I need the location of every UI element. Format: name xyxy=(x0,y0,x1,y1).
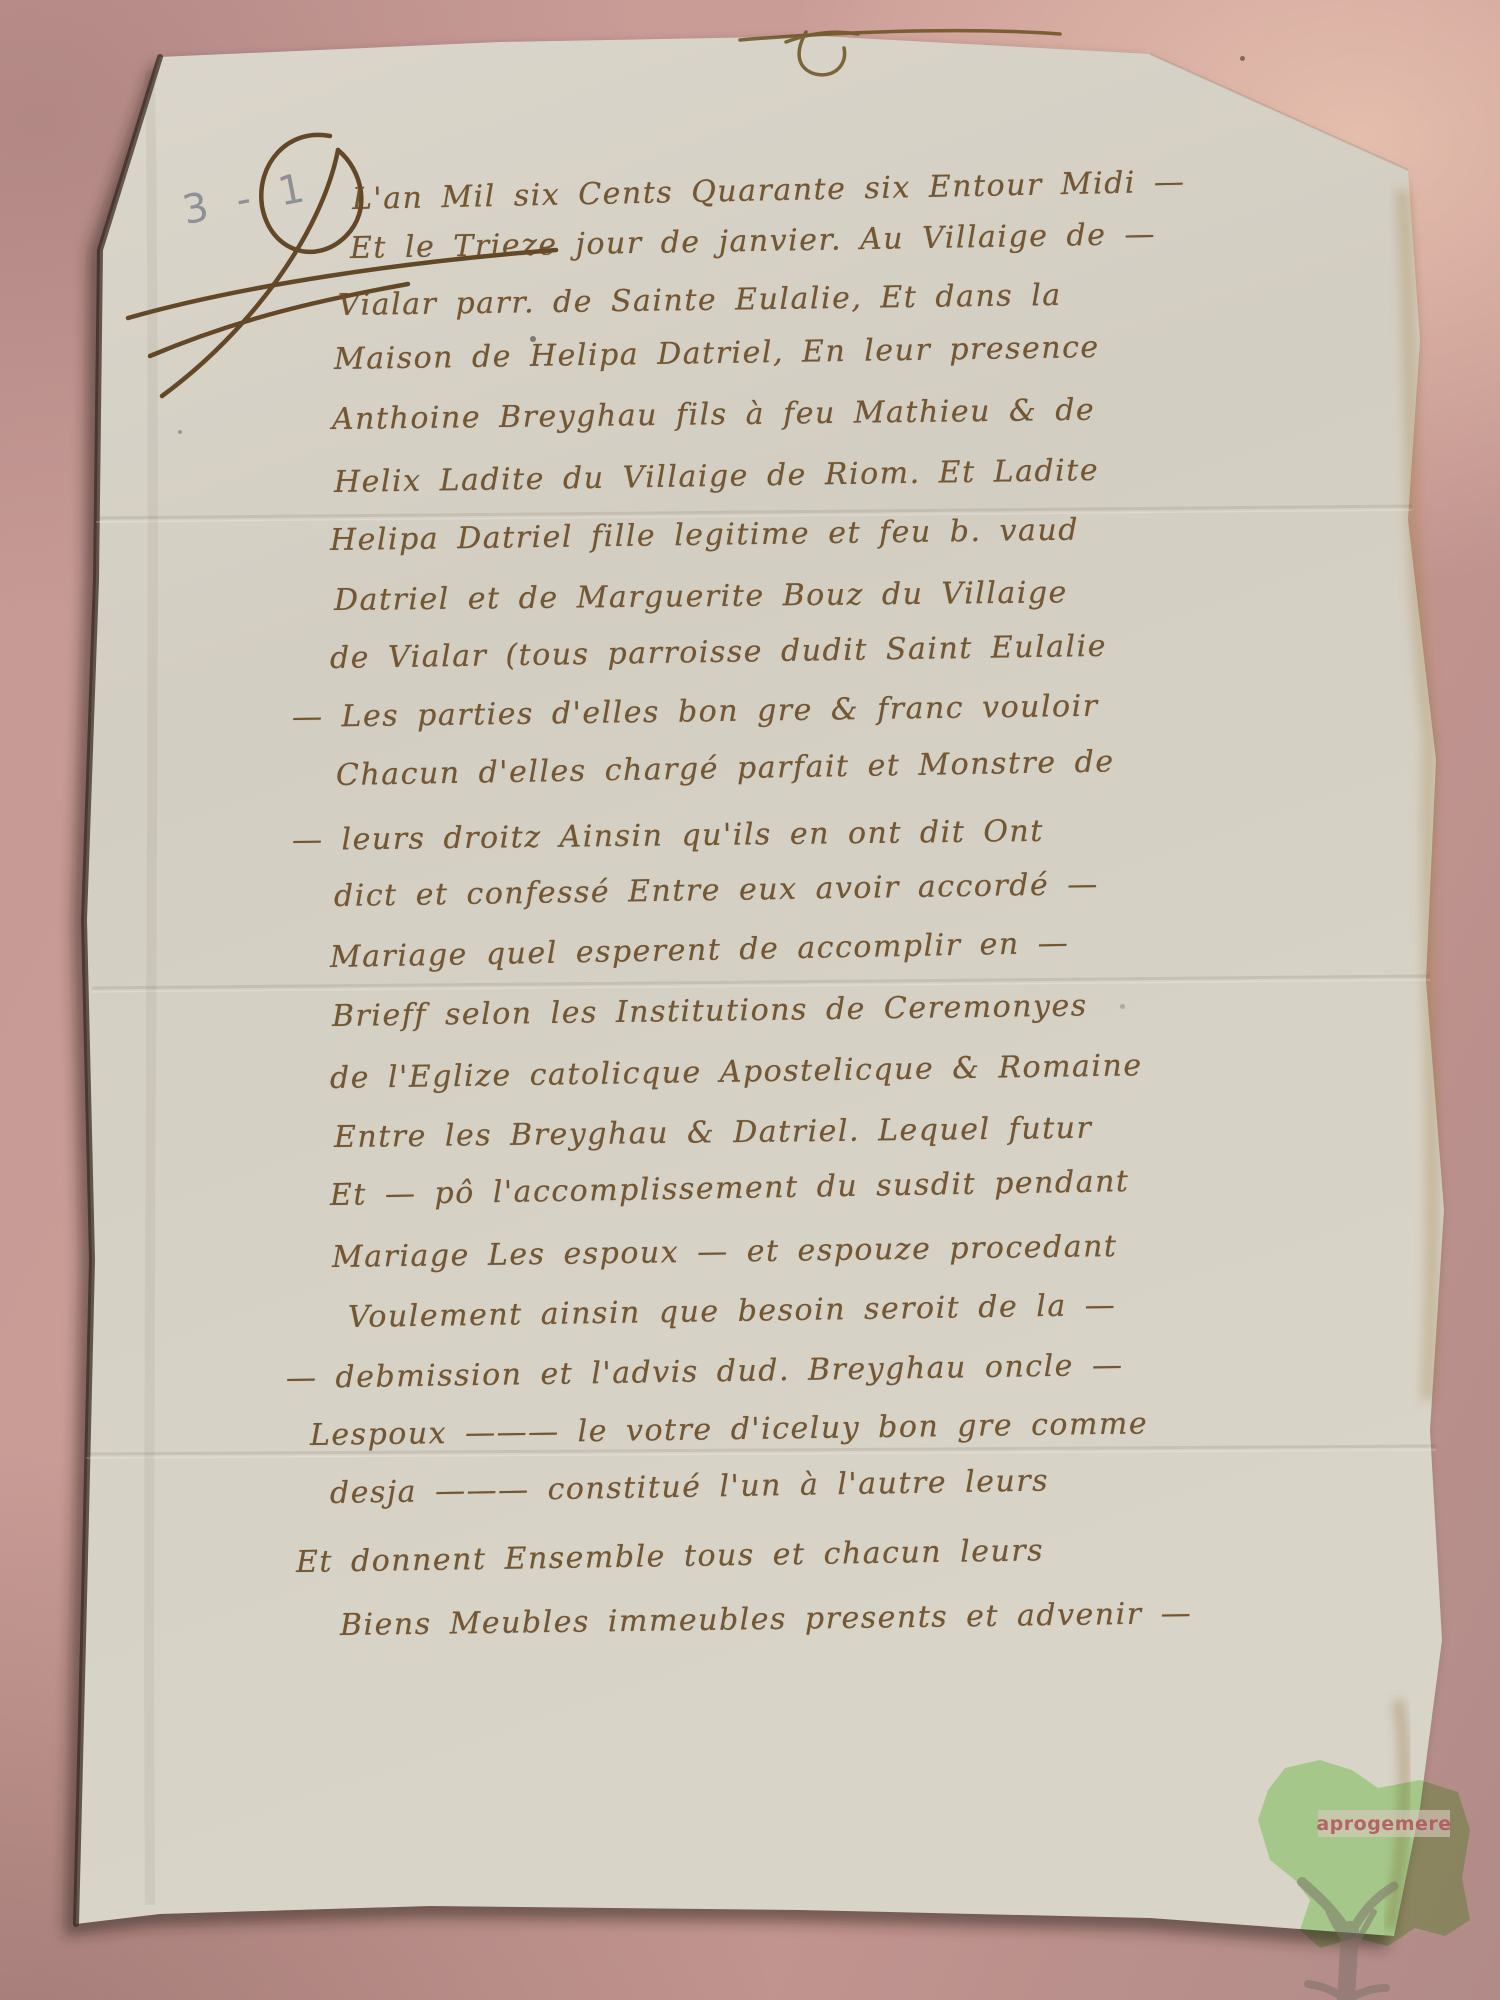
foxing-spot xyxy=(530,336,536,342)
photo-background: 3 - 1 L'an Mil six Cents Quarante six En… xyxy=(0,0,1500,2000)
foxing-spot xyxy=(1120,1004,1125,1009)
foxing-spot xyxy=(1240,56,1245,61)
watermark-label: aprogemere xyxy=(1318,1810,1450,1837)
foxing-spot xyxy=(178,430,182,434)
